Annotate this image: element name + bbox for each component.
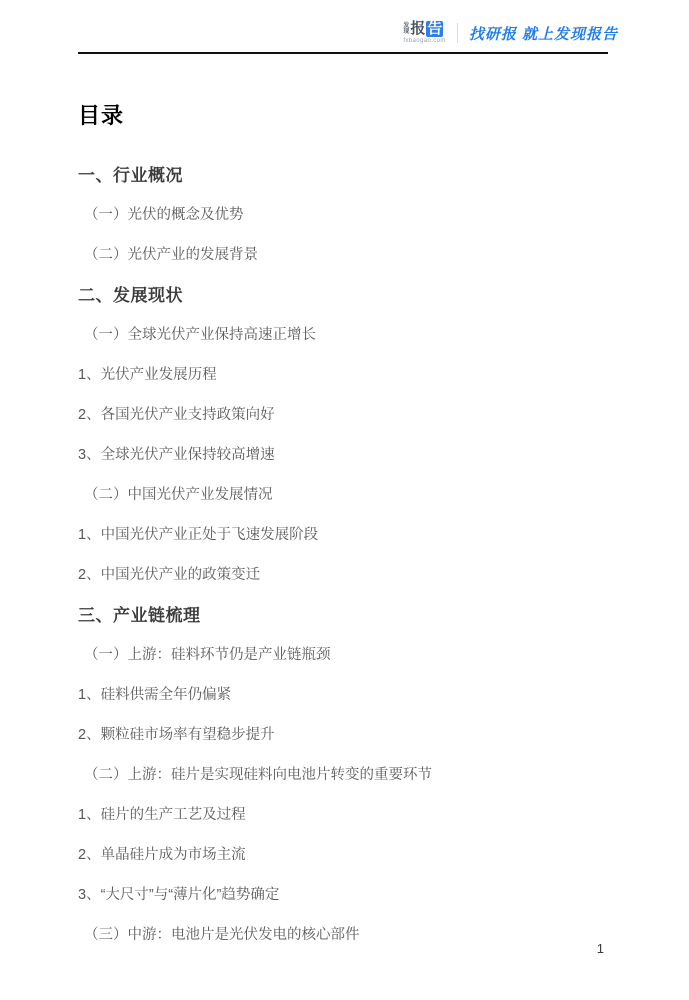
toc-entry: （三）中游：电池片是光伏发电的核心部件 <box>78 925 609 946</box>
report-page: 发 现 报 告 fxbaogao.com 找研报 就上发现报告 目录 一、行业概… <box>0 0 689 1000</box>
toc-entry: 2、中国光伏产业的政策变迁 <box>78 565 609 586</box>
toc-entry: 1、硅片的生产工艺及过程 <box>78 805 609 826</box>
toc-entry: （一）全球光伏产业保持高速正增长 <box>78 325 609 346</box>
toc-entry: 1、光伏产业发展历程 <box>78 365 609 386</box>
toc-entry: （一）上游：硅料环节仍是产业链瓶颈 <box>78 645 609 666</box>
toc-list: 一、行业概况 （一）光伏的概念及优势 （二）光伏产业的发展背景 二、发展现状 （… <box>78 165 609 946</box>
toc-entry: 2、各国光伏产业支持政策向好 <box>78 405 609 426</box>
page-number: 1 <box>597 941 604 957</box>
toc-entry: 3、全球光伏产业保持较高增速 <box>78 445 609 466</box>
toc-entry-section: 三、产业链梳理 <box>78 605 609 626</box>
toc-entry-section: 二、发展现状 <box>78 285 609 306</box>
toc-entry: 2、颗粒硅市场率有望稳步提升 <box>78 725 609 746</box>
toc-entry: 1、硅料供需全年仍偏紧 <box>78 685 609 706</box>
toc-entry: （二）光伏产业的发展背景 <box>78 245 609 266</box>
toc-entry: 1、中国光伏产业正处于飞速发展阶段 <box>78 525 609 546</box>
toc-title: 目录 <box>78 102 609 129</box>
toc-entry: 3、“大尺寸”与“薄片化”趋势确定 <box>78 885 609 906</box>
toc-entry-section: 一、行业概况 <box>78 165 609 186</box>
toc-entry: （二）上游：硅片是实现硅料向电池片转变的重要环节 <box>78 765 609 786</box>
toc-entry: （二）中国光伏产业发展情况 <box>78 485 609 506</box>
toc-entry: 2、单晶硅片成为市场主流 <box>78 845 609 866</box>
page-content: 目录 一、行业概况 （一）光伏的概念及优势 （二）光伏产业的发展背景 二、发展现… <box>78 0 609 965</box>
toc-entry: （一）光伏的概念及优势 <box>78 205 609 226</box>
